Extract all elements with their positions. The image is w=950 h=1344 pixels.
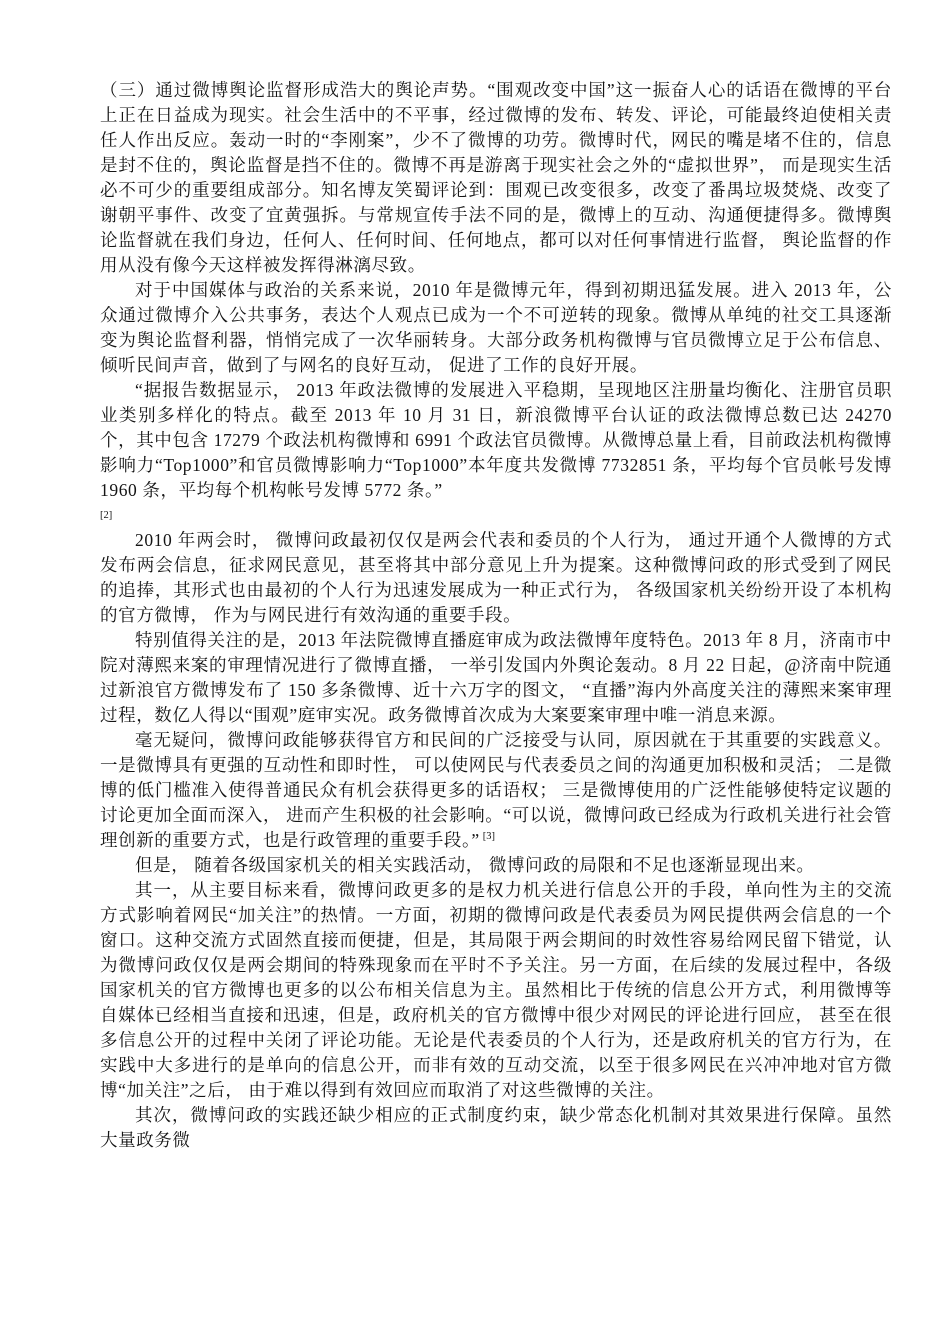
paragraph-8: 其一，从主要目标来看，微博问政更多的是权力机关进行信息公开的手段，单向性为主的交… bbox=[100, 878, 892, 1103]
paragraph-4: 2010 年两会时， 微博问政最初仅仅是两会代表和委员的个人行为， 通过开通个人… bbox=[100, 528, 892, 628]
document-page: （三）通过微博舆论监督形成浩大的舆论声势。“围观改变中国”这一振奋人心的话语在微… bbox=[0, 0, 950, 1344]
paragraph-4-text: 2010 年两会时， 微博问政最初仅仅是两会代表和委员的个人行为， 通过开通个人… bbox=[100, 530, 892, 625]
paragraph-1-text: （三）通过微博舆论监督形成浩大的舆论声势。“围观改变中国”这一振奋人心的话语在微… bbox=[100, 80, 892, 275]
footnote-ref-2-line: [2] bbox=[100, 503, 892, 528]
paragraph-3-quote: “据报告数据显示， 2013 年政法微博的发展进入平稳期，呈现地区注册量均衡化、… bbox=[100, 378, 892, 503]
paragraph-5-text: 特别值得关注的是，2013 年法院微博直播庭审成为政法微博年度特色。2013 年… bbox=[100, 630, 892, 725]
paragraph-6: 毫无疑问，微博问政能够获得官方和民间的广泛接受与认同，原因就在于其重要的实践意义… bbox=[100, 728, 892, 853]
paragraph-3-text: “据报告数据显示， 2013 年政法微博的发展进入平稳期，呈现地区注册量均衡化、… bbox=[100, 380, 892, 500]
footnote-ref-2: [2] bbox=[100, 510, 112, 521]
footnote-ref-3: [3] bbox=[483, 831, 495, 842]
paragraph-8-text: 其一，从主要目标来看，微博问政更多的是权力机关进行信息公开的手段，单向性为主的交… bbox=[100, 880, 892, 1100]
paragraph-2: 对于中国媒体与政治的关系来说，2010 年是微博元年，得到初期迅猛发展。进入 2… bbox=[100, 278, 892, 378]
paragraph-7-text: 但是， 随着各级国家机关的相关实践活动， 微博问政的局限和不足也逐渐显现出来。 bbox=[135, 855, 815, 875]
paragraph-2-text: 对于中国媒体与政治的关系来说，2010 年是微博元年，得到初期迅猛发展。进入 2… bbox=[100, 280, 892, 375]
paragraph-5: 特别值得关注的是，2013 年法院微博直播庭审成为政法微博年度特色。2013 年… bbox=[100, 628, 892, 728]
paragraph-9: 其次，微博问政的实践还缺少相应的正式制度约束，缺少常态化机制对其效果进行保障。虽… bbox=[100, 1103, 892, 1153]
paragraph-9-text: 其次，微博问政的实践还缺少相应的正式制度约束，缺少常态化机制对其效果进行保障。虽… bbox=[100, 1105, 892, 1150]
paragraph-6-text: 毫无疑问，微博问政能够获得官方和民间的广泛接受与认同，原因就在于其重要的实践意义… bbox=[100, 730, 892, 850]
paragraph-7: 但是， 随着各级国家机关的相关实践活动， 微博问政的局限和不足也逐渐显现出来。 bbox=[100, 853, 892, 878]
paragraph-1: （三）通过微博舆论监督形成浩大的舆论声势。“围观改变中国”这一振奋人心的话语在微… bbox=[100, 78, 892, 278]
